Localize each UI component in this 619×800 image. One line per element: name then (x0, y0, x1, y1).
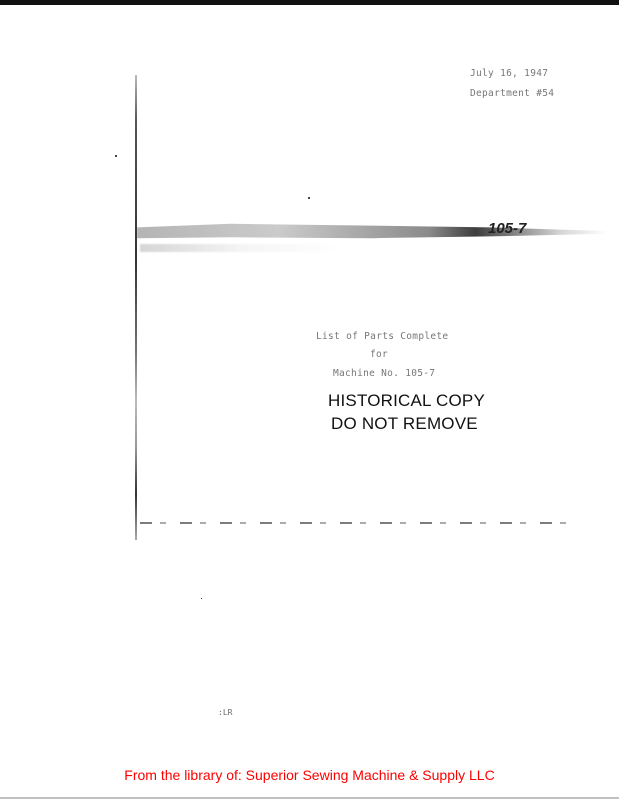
library-footer: From the library of: Superior Sewing Mac… (0, 767, 619, 783)
binding-margin-line (135, 75, 137, 540)
scan-speck (308, 197, 310, 199)
scan-fold-line (140, 522, 580, 524)
stamp-historical-copy: HISTORICAL COPY (328, 391, 485, 411)
typist-initials: :LR (218, 708, 232, 717)
scan-smear (137, 222, 607, 240)
scan-smear-faint (140, 244, 340, 252)
footer-rule (0, 797, 619, 799)
scan-speck (201, 598, 202, 599)
scan-top-edge (0, 0, 619, 5)
document-title-line2: for (370, 349, 388, 360)
stamp-do-not-remove: DO NOT REMOVE (331, 414, 478, 434)
department-label: Department #54 (470, 88, 554, 99)
document-date: July 16, 1947 (470, 68, 548, 79)
handwritten-machine-number: 105-7 (488, 220, 526, 237)
document-title-line3: Machine No. 105-7 (333, 368, 435, 379)
document-title-line1: List of Parts Complete (316, 331, 448, 342)
scan-speck (115, 155, 117, 157)
